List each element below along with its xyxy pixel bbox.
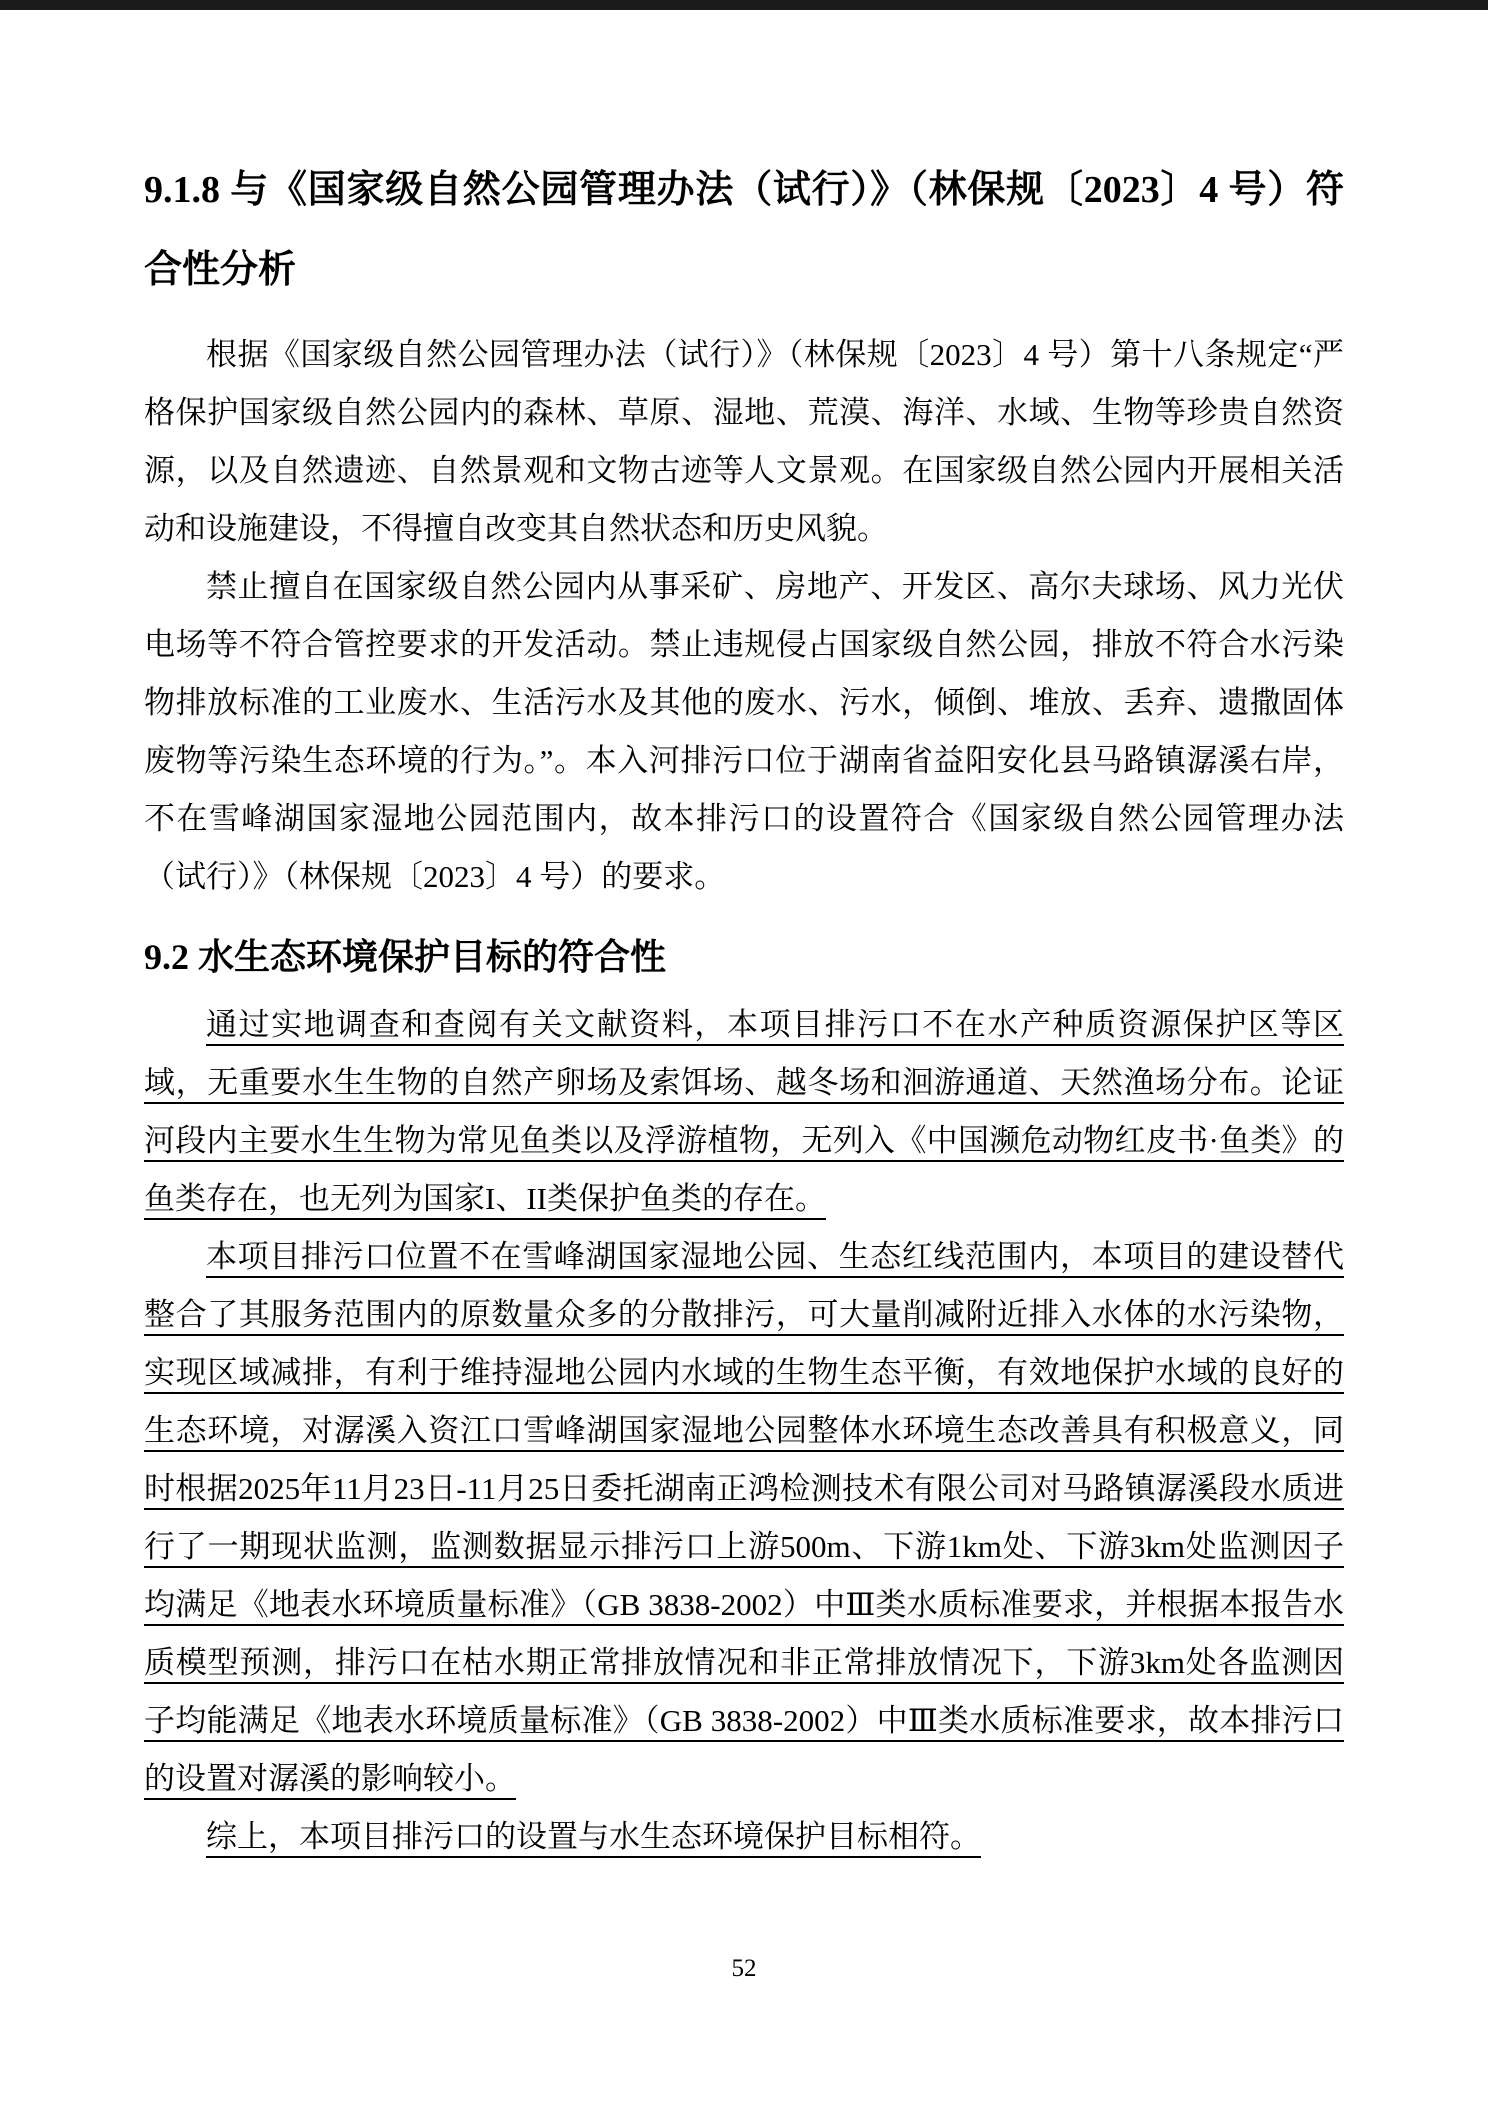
section-9-1-8-heading: 9.1.8 与《国家级自然公园管理办法（试行）》（林保规〔2023〕4 号）符合…: [144, 150, 1344, 310]
section-9-2-paragraph-3: 综上，本项目排污口的设置与水生态环境保护目标相符。: [144, 1808, 1344, 1866]
section-9-2-paragraph-1: 通过实地调查和查阅有关文献资料，本项目排污口不在水产种质资源保护区等区域，无重要…: [144, 996, 1344, 1228]
top-border-bar: [0, 0, 1488, 10]
page-number: 52: [0, 1954, 1488, 1984]
section-9-1-8-paragraph-1: 根据《国家级自然公园管理办法（试行）》（林保规〔2023〕4 号）第十八条规定“…: [144, 326, 1344, 558]
page-content: 9.1.8 与《国家级自然公园管理办法（试行）》（林保规〔2023〕4 号）符合…: [144, 0, 1344, 1866]
section-9-1-8-paragraph-2: 禁止擅自在国家级自然公园内从事采矿、房地产、开发区、高尔夫球场、风力光伏电场等不…: [144, 558, 1344, 906]
section-9-2-heading: 9.2 水生态环境保护目标的符合性: [144, 932, 1344, 982]
section-9-2-paragraph-2: 本项目排污口位置不在雪峰湖国家湿地公园、生态红线范围内，本项目的建设替代整合了其…: [144, 1228, 1344, 1808]
document-page: { "colors": { "page_background": "#fffff…: [0, 0, 1488, 2104]
